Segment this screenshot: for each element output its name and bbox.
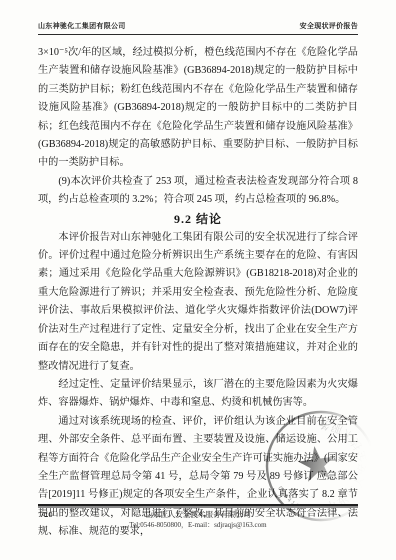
document-page: 山东神驰化工集团有限公司 安全现状评价报告 3×10⁻⁵次/年的区域，经过模拟分… [0, 0, 396, 560]
company-seal-stamp: 山东匠人安全技术服务有限公司 098412 [260, 405, 382, 527]
paragraph-evaluation-methods: 本评价报告对山东神驰化工集团有限公司的安全状况进行了综合评价。评价过程中通过危险… [38, 229, 358, 376]
paragraph-risk-criteria: 3×10⁻⁵次/年的区域，经过模拟分析，橙色线范围内不存在《危险化学品生产装置和… [38, 44, 358, 173]
page-header: 山东神驰化工集团有限公司 安全现状评价报告 [38, 21, 358, 35]
page-number: 710 [40, 510, 53, 520]
footer-rule [38, 504, 358, 508]
header-company-name: 山东神驰化工集团有限公司 [38, 21, 126, 31]
star-icon [296, 444, 337, 483]
paragraph-check-items: (9)本次评价共检查了 253 项，通过检查表法检查发现部分符合项 8 项，约占… [38, 173, 358, 210]
footer-contact: Tel:0546-8050800，E-mail：sdjraqjs@163.com [38, 520, 358, 530]
section-heading: 9.2 结论 [38, 210, 358, 229]
header-report-title: 安全现状评价报告 [300, 21, 358, 31]
footer-company-name: 山东匠人安全技术服务有限公司 [38, 510, 358, 520]
page-footer: 710 山东匠人安全技术服务有限公司 Tel:0546-8050800，E-ma… [38, 510, 358, 530]
